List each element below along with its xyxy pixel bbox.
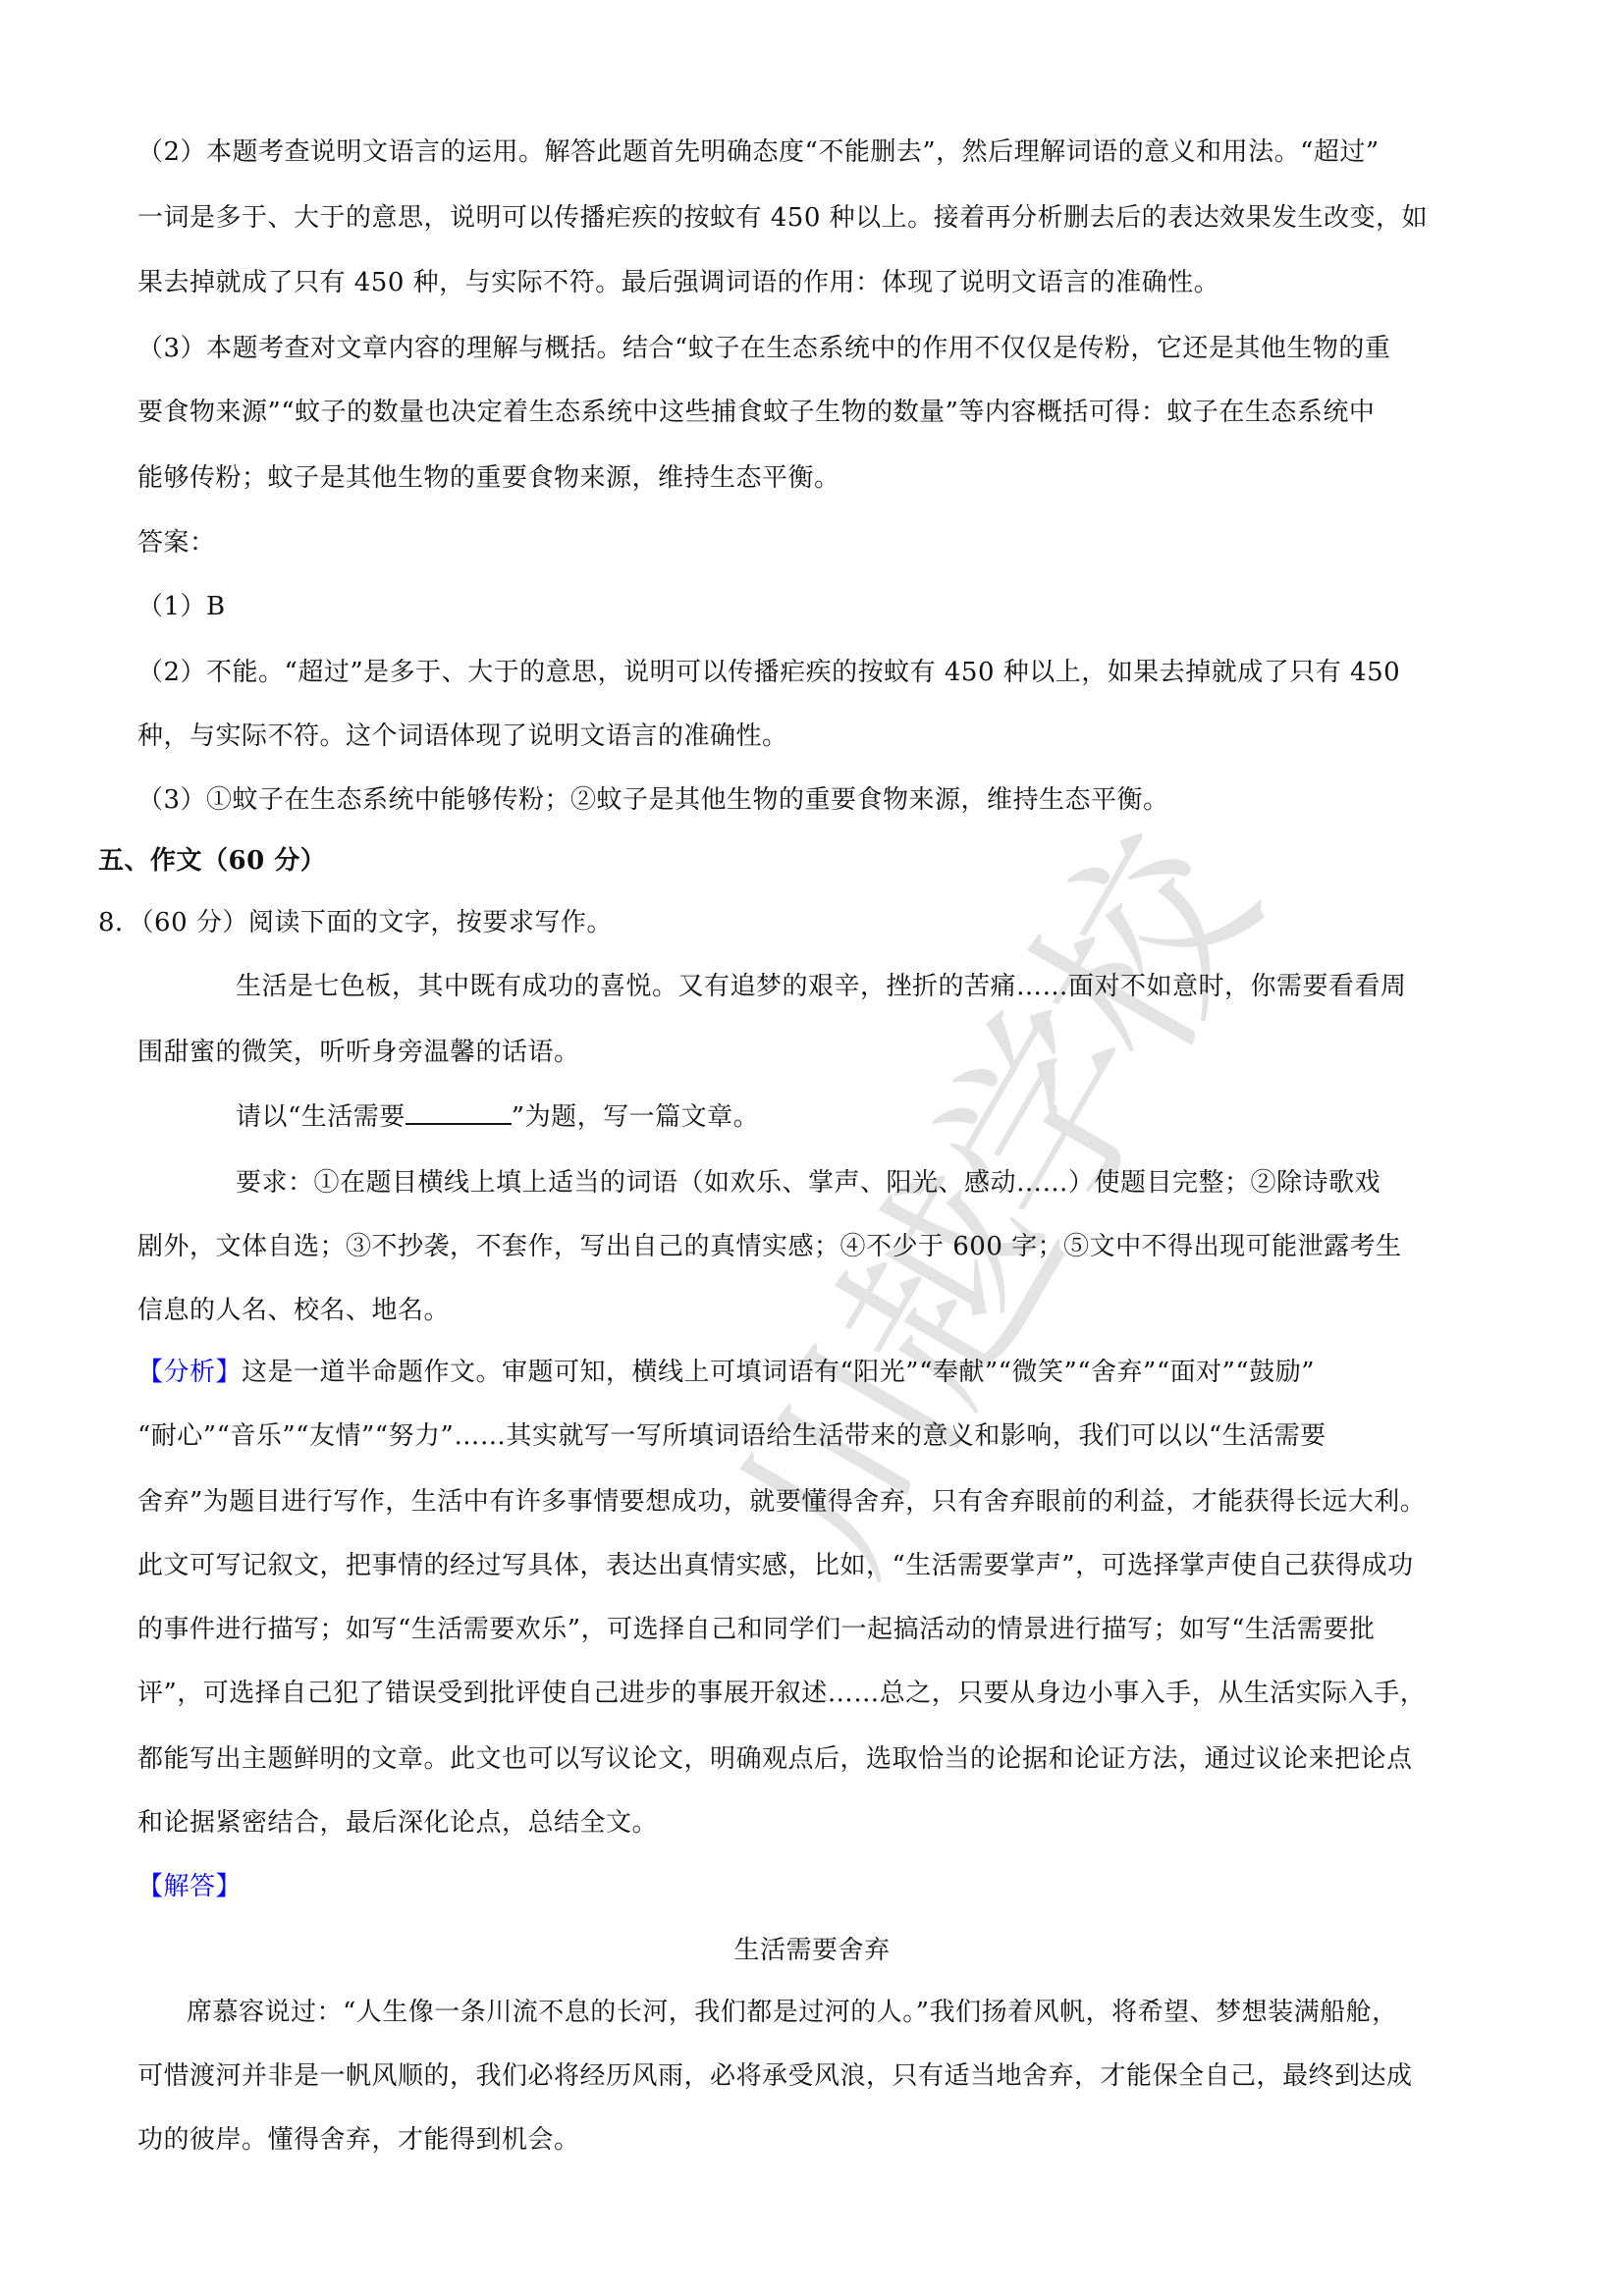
analysis-line-2: “耐心”“音乐”“友情”“努力”……其实就写一写所填词语给生活带来的意义和影响，… xyxy=(137,1416,1326,1456)
title-prompt: 请以“生活需要”为题，写一篇文章。 xyxy=(236,1097,759,1137)
prompt-line-1: 生活是七色板，其中既有成功的喜悦。又有追梦的艰辛，挫折的苦痛……面对不如意时，你… xyxy=(236,967,1407,1006)
essay-title: 生活需要舍弃 xyxy=(0,1931,1624,1970)
explanation-q2-line-1: （2）本题考查说明文语言的运用。解答此题首先明确态度“不能删去”，然后理解词语的… xyxy=(137,133,1380,172)
answer-3: （3）①蚊子在生态系统中能够传粉；②蚊子是其他生物的重要食物来源，维持生态平衡。 xyxy=(137,780,1169,820)
question-8: 8．（60 分）阅读下面的文字，按要求写作。 xyxy=(98,903,613,942)
prompt-line-2: 围甜蜜的微笑，听听身旁温馨的话语。 xyxy=(137,1033,580,1072)
analysis-line-1: 【分析】这是一道半命题作文。审题可知，横线上可填词语有“阳光”“奉献”“微笑”“… xyxy=(137,1353,1315,1392)
answer-2-line-1: （2）不能。“超过”是多于、大于的意思，说明可以传播疟疾的按蚊有 450 种以上… xyxy=(137,653,1400,692)
answer-label: 答案： xyxy=(137,523,216,562)
explanation-q2-line-2: 一词是多于、大于的意思，说明可以传播疟疾的按蚊有 450 种以上。接着再分析删去… xyxy=(137,198,1428,238)
answer-2-line-2: 种，与实际不符。这个词语体现了说明文语言的准确性。 xyxy=(137,717,788,756)
analysis-line-4: 此文可写记叙文，把事情的经过写具体，表达出真情实感，比如，“生活需要掌声”，可选… xyxy=(137,1546,1414,1585)
explanation-q3-line-2: 要食物来源”“蚊子的数量也决定着生态系统中这些捕食蚊子生物的数量”等内容概括可得… xyxy=(137,393,1375,432)
title-blank xyxy=(406,1101,512,1125)
essay-line-3: 功的彼岸。懂得舍弃，才能得到机会。 xyxy=(137,2120,580,2160)
section-heading: 五、作文（60 分） xyxy=(98,841,326,881)
analysis-line-8: 和论据紧密结合，最后深化论点，总结全文。 xyxy=(137,1803,658,1842)
explanation-q2-line-3: 果去掉就成了只有 450 种，与实际不符。最后强调词语的作用：体现了说明文语言的… xyxy=(137,263,1219,302)
analysis-label: 【分析】 xyxy=(137,1358,242,1387)
page-content: （2）本题考查说明文语言的运用。解答此题首先明确态度“不能删去”，然后理解词语的… xyxy=(0,0,1624,2296)
analysis-line-7: 都能写出主题鲜明的文章。此文也可以写议论文，明确观点后，选取恰当的论据和论证方法… xyxy=(137,1739,1413,1779)
answer-1: （1）B xyxy=(137,587,226,626)
essay-line-2: 可惜渡河并非是一帆风顺的，我们必将经历风雨，必将承受风浪，只有适当地舍弃，才能保… xyxy=(137,2056,1413,2096)
title-prompt-after: ”为题，写一篇文章。 xyxy=(512,1102,759,1132)
analysis-line-6: 评”，可选择自己犯了错误受到批评使自己进步的事展开叙述……总之，只要从身边小事入… xyxy=(137,1674,1426,1713)
solution-label: 【解答】 xyxy=(137,1867,242,1906)
document-page: 川越学校 （2）本题考查说明文语言的运用。解答此题首先明确态度“不能删去”，然后… xyxy=(0,0,1624,2296)
essay-line-1: 席慕容说过：“人生像一条川流不息的长河，我们都是过河的人。”我们扬着风帆，将希望… xyxy=(187,1993,1398,2032)
explanation-q3-line-1: （3）本题考查对文章内容的理解与概括。结合“蚊子在生态系统中的作用不仅仅是传粉，… xyxy=(137,329,1390,368)
analysis-text: 这是一道半命题作文。审题可知，横线上可填词语有“阳光”“奉献”“微笑”“舍弃”“… xyxy=(242,1358,1315,1387)
requirements-line-2: 剧外，文体自选；③不抄袭，不套作，写出自己的真情实感；④不少于 600 字；⑤文… xyxy=(137,1227,1402,1266)
analysis-line-3: 舍弃”为题目进行写作，生活中有许多事情要想成功，就要懂得舍弃，只有舍弃眼前的利益… xyxy=(137,1482,1426,1522)
requirements-line-3: 信息的人名、校名、地名。 xyxy=(137,1291,450,1330)
analysis-line-5: 的事件进行描写；如写“生活需要欢乐”，可选择自己和同学们一起搞活动的情景进行描写… xyxy=(137,1610,1375,1649)
requirements-line-1: 要求：①在题目横线上填上适当的词语（如欢乐、掌声、阳光、感动……）使题目完整；②… xyxy=(236,1163,1380,1202)
title-prompt-before: 请以“生活需要 xyxy=(236,1102,406,1132)
explanation-q3-line-3: 能够传粉；蚊子是其他生物的重要食物来源，维持生态平衡。 xyxy=(137,458,840,498)
